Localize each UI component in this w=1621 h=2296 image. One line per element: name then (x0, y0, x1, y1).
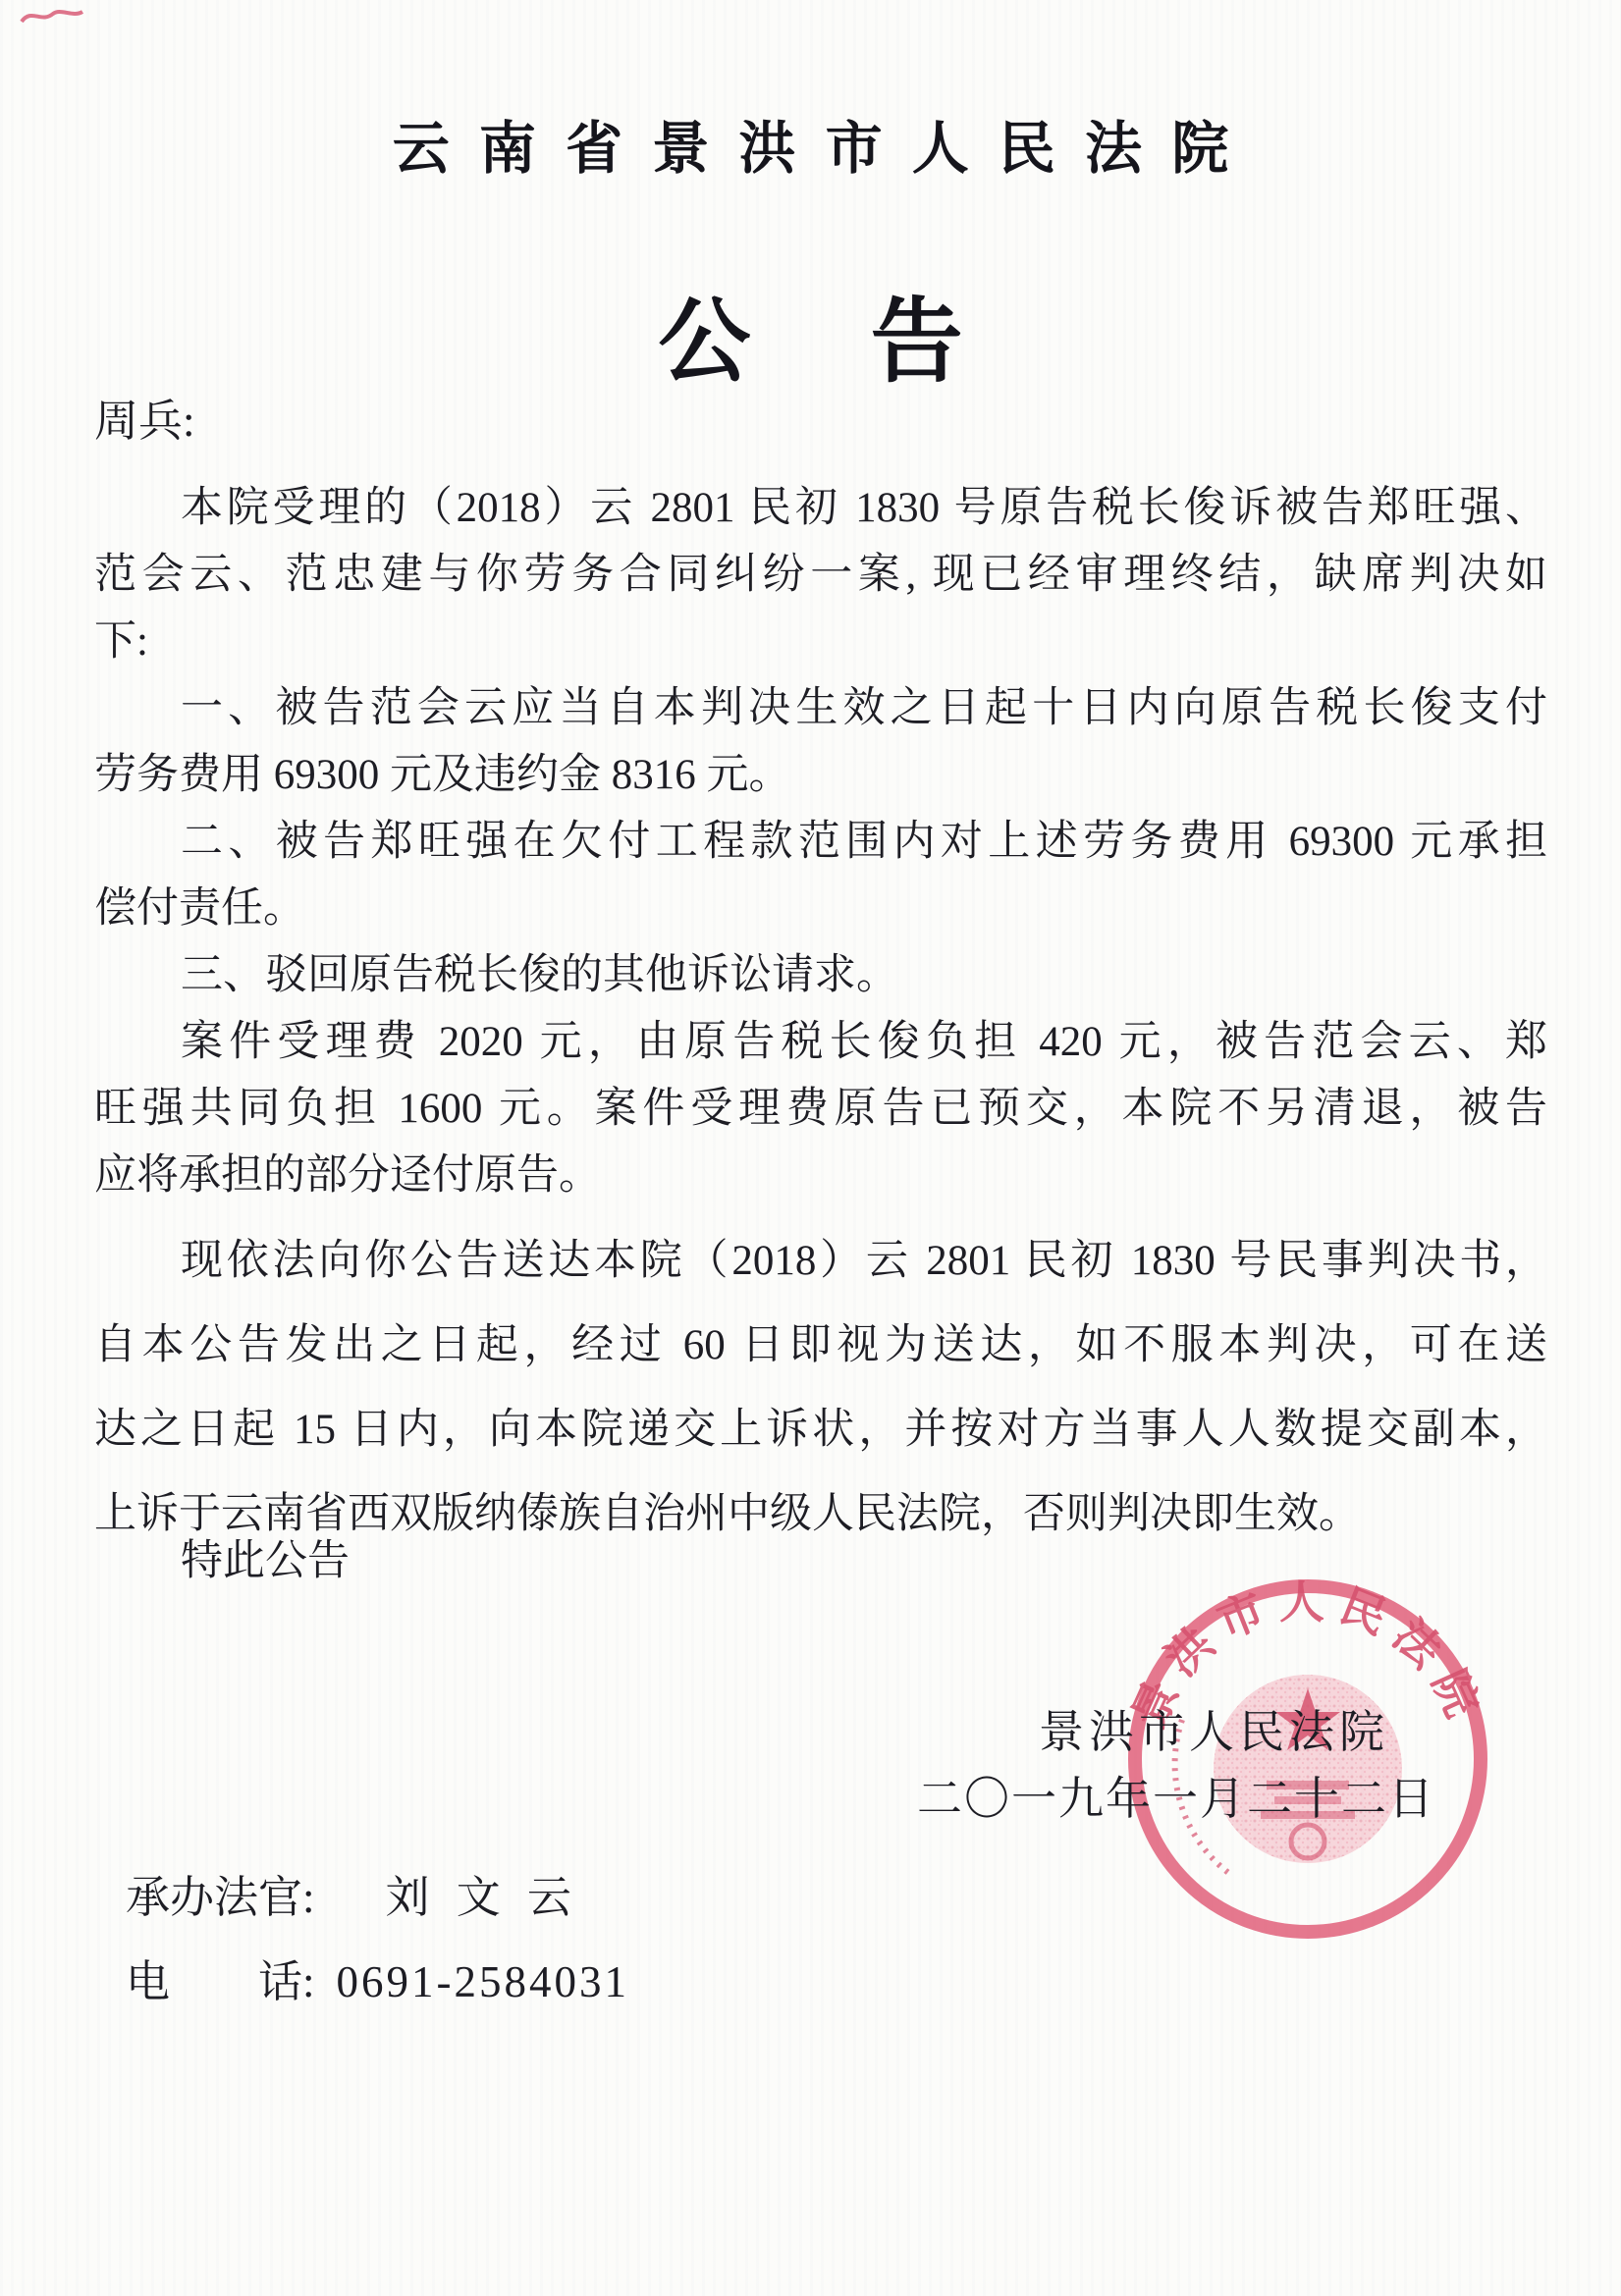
judge-label: 承办法官: (126, 1873, 315, 1922)
body-line: 三、驳回原告税长俊的其他诉讼请求。 (94, 942, 1547, 1009)
body-line: 本院受理的（2018）云 2801 民初 1830 号原告税长俊诉被告郑旺强、 (94, 475, 1547, 542)
court-title: 云南省景洪市人民法院 (0, 102, 1621, 185)
phone-label: 电 话: (126, 1957, 315, 2006)
contact-footer: 承办法官:刘 文 云 电 话:0691-2584031 (126, 1861, 629, 2030)
body-line: 一、被告范会云应当自本判决生效之日起十日内向原告税长俊支付 (94, 675, 1547, 742)
body-line: 下: (94, 609, 1547, 675)
body-line: 自本公告发出之日起，经过 60 日即视为送达，如不服本判决，可在送 (94, 1304, 1547, 1388)
addressee: 周兵: (94, 385, 195, 449)
phone-row: 电 话:0691-2584031 (126, 1946, 629, 2009)
body-line: 现依法向你公告送达本院（2018）云 2801 民初 1830 号民事判决书， (94, 1219, 1547, 1304)
phone-number: 0691-2584031 (337, 1957, 630, 2006)
body-line: 范会云、范忠建与你劳务合同纠纷一案, 现已经审理终结，缺席判决如 (94, 542, 1547, 609)
judgment-body: 本院受理的（2018）云 2801 民初 1830 号原告税长俊诉被告郑旺强、 … (94, 475, 1547, 1209)
body-line: 劳务费用 69300 元及违约金 8316 元。 (94, 742, 1547, 809)
document-page: 云南省景洪市人民法院 公告 周兵: 本院受理的（2018）云 2801 民初 1… (0, 0, 1621, 2296)
service-notice-body: 现依法向你公告送达本院（2018）云 2801 民初 1830 号民事判决书， … (94, 1219, 1547, 1557)
judge-name: 刘 文 云 (386, 1873, 580, 1922)
judge-row: 承办法官:刘 文 云 (126, 1861, 629, 1925)
scan-artifact-red-mark (18, 4, 86, 31)
signature-date: 二〇一九年一月二十二日 (917, 1763, 1435, 1828)
body-line: 二、被告郑旺强在欠付工程款范围内对上述劳务费用 69300 元承担 (94, 809, 1547, 876)
closing-statement: 特此公告 (94, 1527, 350, 1587)
body-line: 案件受理费 2020 元，由原告税长俊负担 420 元，被告范会云、郑 (94, 1009, 1547, 1076)
body-line: 达之日起 15 日内，向本院递交上诉状，并按对方当事人人数提交副本， (94, 1388, 1547, 1472)
body-line: 偿付责任。 (94, 876, 1547, 942)
signature-court-name: 景洪市人民法院 (1039, 1696, 1389, 1761)
body-line: 旺强共同负担 1600 元。案件受理费原告已预交，本院不另清退，被告 (94, 1076, 1547, 1143)
notice-title: 公告 (0, 267, 1621, 400)
body-line: 应将承担的部分迳付原告。 (94, 1143, 1547, 1209)
